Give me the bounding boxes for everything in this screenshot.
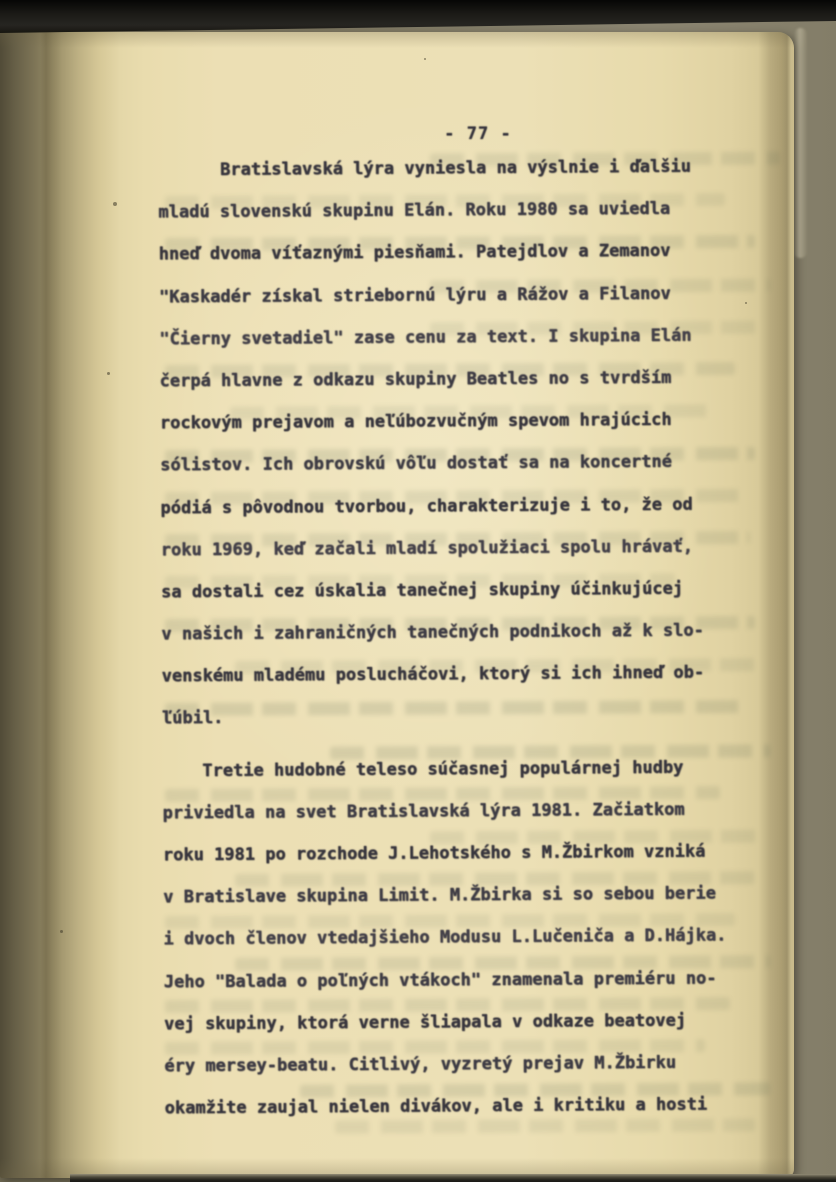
text-line: čerpá hlavne z odkazu skupiny Beatles no… bbox=[159, 356, 769, 402]
text-line: pódiá s pôvodnou tvorbou, charakterizuje… bbox=[160, 483, 770, 529]
text-line: sólistov. Ich obrovskú vôľu dostať sa na… bbox=[160, 440, 770, 486]
book-binding-top bbox=[0, 0, 836, 36]
page-number: - 77 - bbox=[398, 124, 558, 144]
paragraph: Bratislavská lýra vyniesla na výslnie i … bbox=[158, 145, 772, 740]
scan-fleck bbox=[745, 302, 747, 304]
paragraph: Tretie hudobné teleso súčasnej populárne… bbox=[162, 746, 775, 1130]
text-line: v Bratislave skupina Limit. M.Žbirka si … bbox=[163, 872, 773, 918]
text-line: roku 1981 po rozchode J.Lehotského s M.Ž… bbox=[163, 830, 773, 876]
text-line: ľúbil. bbox=[162, 694, 772, 740]
text-line: Bratislavská lýra vyniesla na výslnie i … bbox=[158, 145, 768, 191]
text-line: roku 1969, keď začali mladí spolužiaci s… bbox=[161, 525, 771, 571]
page-stack-edge bbox=[794, 28, 807, 258]
book-binding-bottom bbox=[70, 1174, 836, 1182]
text-line: rockovým prejavom a neľúbozvučným spevom… bbox=[160, 398, 770, 444]
scan-fleck bbox=[424, 58, 426, 60]
text-body: Bratislavská lýra vyniesla na výslnie i … bbox=[158, 145, 775, 1130]
text-line: mladú slovenskú skupinu Elán. Roku 1980 … bbox=[158, 187, 768, 233]
text-line: okamžite zaujal nielen divákov, ale i kr… bbox=[165, 1083, 775, 1129]
scan-fleck bbox=[113, 202, 117, 206]
text-line: v našich i zahraničných tanečných podnik… bbox=[161, 609, 771, 655]
text-line: "Čierny svetadiel" zase cenu za text. I … bbox=[159, 314, 769, 360]
paper-page: - 77 - Bratislavská lýra vyniesla na výs… bbox=[0, 32, 794, 1178]
scan-fleck bbox=[60, 930, 63, 933]
text-line: "Kaskadér získal striebornú lýru a Rážov… bbox=[159, 272, 769, 318]
text-line: venskému mladému poslucháčovi, ktorý si … bbox=[162, 651, 772, 697]
text-line: Jeho "Balada o poľných vtákoch" znamenal… bbox=[164, 957, 774, 1003]
text-line: sa dostali cez úskalia tanečnej skupiny … bbox=[161, 567, 771, 613]
scanned-book-photo: - 77 - Bratislavská lýra vyniesla na výs… bbox=[0, 0, 836, 1182]
text-line: vej skupiny, ktorá verne šliapala v odka… bbox=[164, 999, 774, 1045]
text-line: i dvoch členov vtedajšieho Modusu L.Luče… bbox=[163, 915, 773, 961]
text-line: Tretie hudobné teleso súčasnej populárne… bbox=[162, 746, 772, 792]
text-line: priviedla na svet Bratislavská lýra 1981… bbox=[162, 788, 772, 834]
text-line: éry mersey-beatu. Citlivý, vyzretý preja… bbox=[164, 1041, 774, 1087]
scan-fleck bbox=[107, 372, 110, 375]
text-line: hneď dvoma víťaznými piesňami. Patejdlov… bbox=[159, 230, 769, 276]
